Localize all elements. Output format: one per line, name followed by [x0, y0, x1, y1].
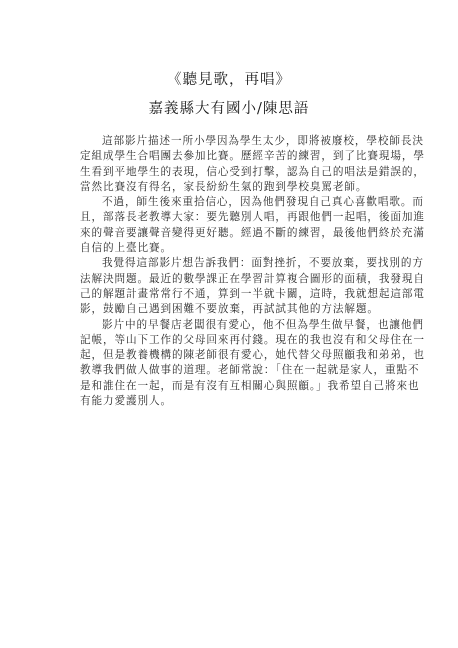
- text-line: 我覺得這部影片想告訴我們：面對挫折，不要放棄，要找別的方: [80, 256, 380, 271]
- paragraph-4: 影片中的早餐店老闆很有愛心，他不但為學生做早餐，也讓他們 記帳，等山下工作的父母…: [80, 318, 380, 410]
- text-line: 教導我們做人做事的道理。老師常說：「住在一起就是家人，重點不: [80, 363, 380, 378]
- text-line: 法解決問題。最近的數學課正在學習計算複合圖形的面積，我發現自: [80, 272, 380, 287]
- paragraph-3: 我覺得這部影片想告訴我們：面對挫折，不要放棄，要找別的方 法解決問題。最近的數學…: [80, 256, 380, 317]
- text-line: 這部影片描述一所小學因為學生太少，即將被廢校，學校師長決: [80, 134, 380, 149]
- text-line: 當然比賽沒有得名，家長紛紛生氣的跑到學校臭罵老師。: [80, 180, 380, 195]
- text-line: 影片中的早餐店老闆很有愛心，他不但為學生做早餐，也讓他們: [80, 318, 380, 333]
- text-line: 生看到平地學生的表現，信心受到打擊，認為自己的唱法是錯誤的，: [80, 165, 380, 180]
- text-line: 己的解題計畫常常行不通，算到一半就卡關，這時，我就想起這部電: [80, 287, 380, 302]
- text-line: 是和誰住在一起，而是有沒有互相關心與照顧。」我希望自己將來也: [80, 379, 380, 394]
- text-line: 影，鼓勵自己遇到困難不要放棄，再試試其他的方法解題。: [80, 302, 380, 317]
- text-line: 起，但是教養機構的陳老師很有愛心，她代替父母照顧我和弟弟，也: [80, 348, 380, 363]
- text-line: 有能力愛護別人。: [80, 394, 380, 409]
- paragraph-1: 這部影片描述一所小學因為學生太少，即將被廢校，學校師長決 定組成學生合唱團去參加…: [80, 134, 380, 195]
- text-line: 且，部落長老教導大家：要先聽別人唱，再跟他們一起唱，後面加進: [80, 210, 380, 225]
- paragraph-2: 不過，師生後來重拾信心，因為他們發現自己真心喜歡唱歌。而 且，部落長老教導大家：…: [80, 195, 380, 256]
- essay-body: 這部影片描述一所小學因為學生太少，即將被廢校，學校師長決 定組成學生合唱團去參加…: [80, 134, 380, 409]
- text-line: 記帳，等山下工作的父母回來再付錢。現在的我也沒有和父母住在一: [80, 333, 380, 348]
- text-line: 不過，師生後來重拾信心，因為他們發現自己真心喜歡唱歌。而: [80, 195, 380, 210]
- text-line: 來的聲音要讓聲音變得更好聽。經過不斷的練習，最後他們終於充滿: [80, 226, 380, 241]
- text-line: 定組成學生合唱團去參加比賽。歷經辛苦的練習，到了比賽現場，學: [80, 149, 380, 164]
- essay-author: 嘉義縣大有國小/陳思語: [0, 97, 458, 118]
- essay-title: 《聽見歌，再唱》: [0, 68, 458, 89]
- document-page: 《聽見歌，再唱》 嘉義縣大有國小/陳思語 這部影片描述一所小學因為學生太少，即將…: [0, 0, 458, 648]
- text-line: 自信的上臺比賽。: [80, 241, 380, 256]
